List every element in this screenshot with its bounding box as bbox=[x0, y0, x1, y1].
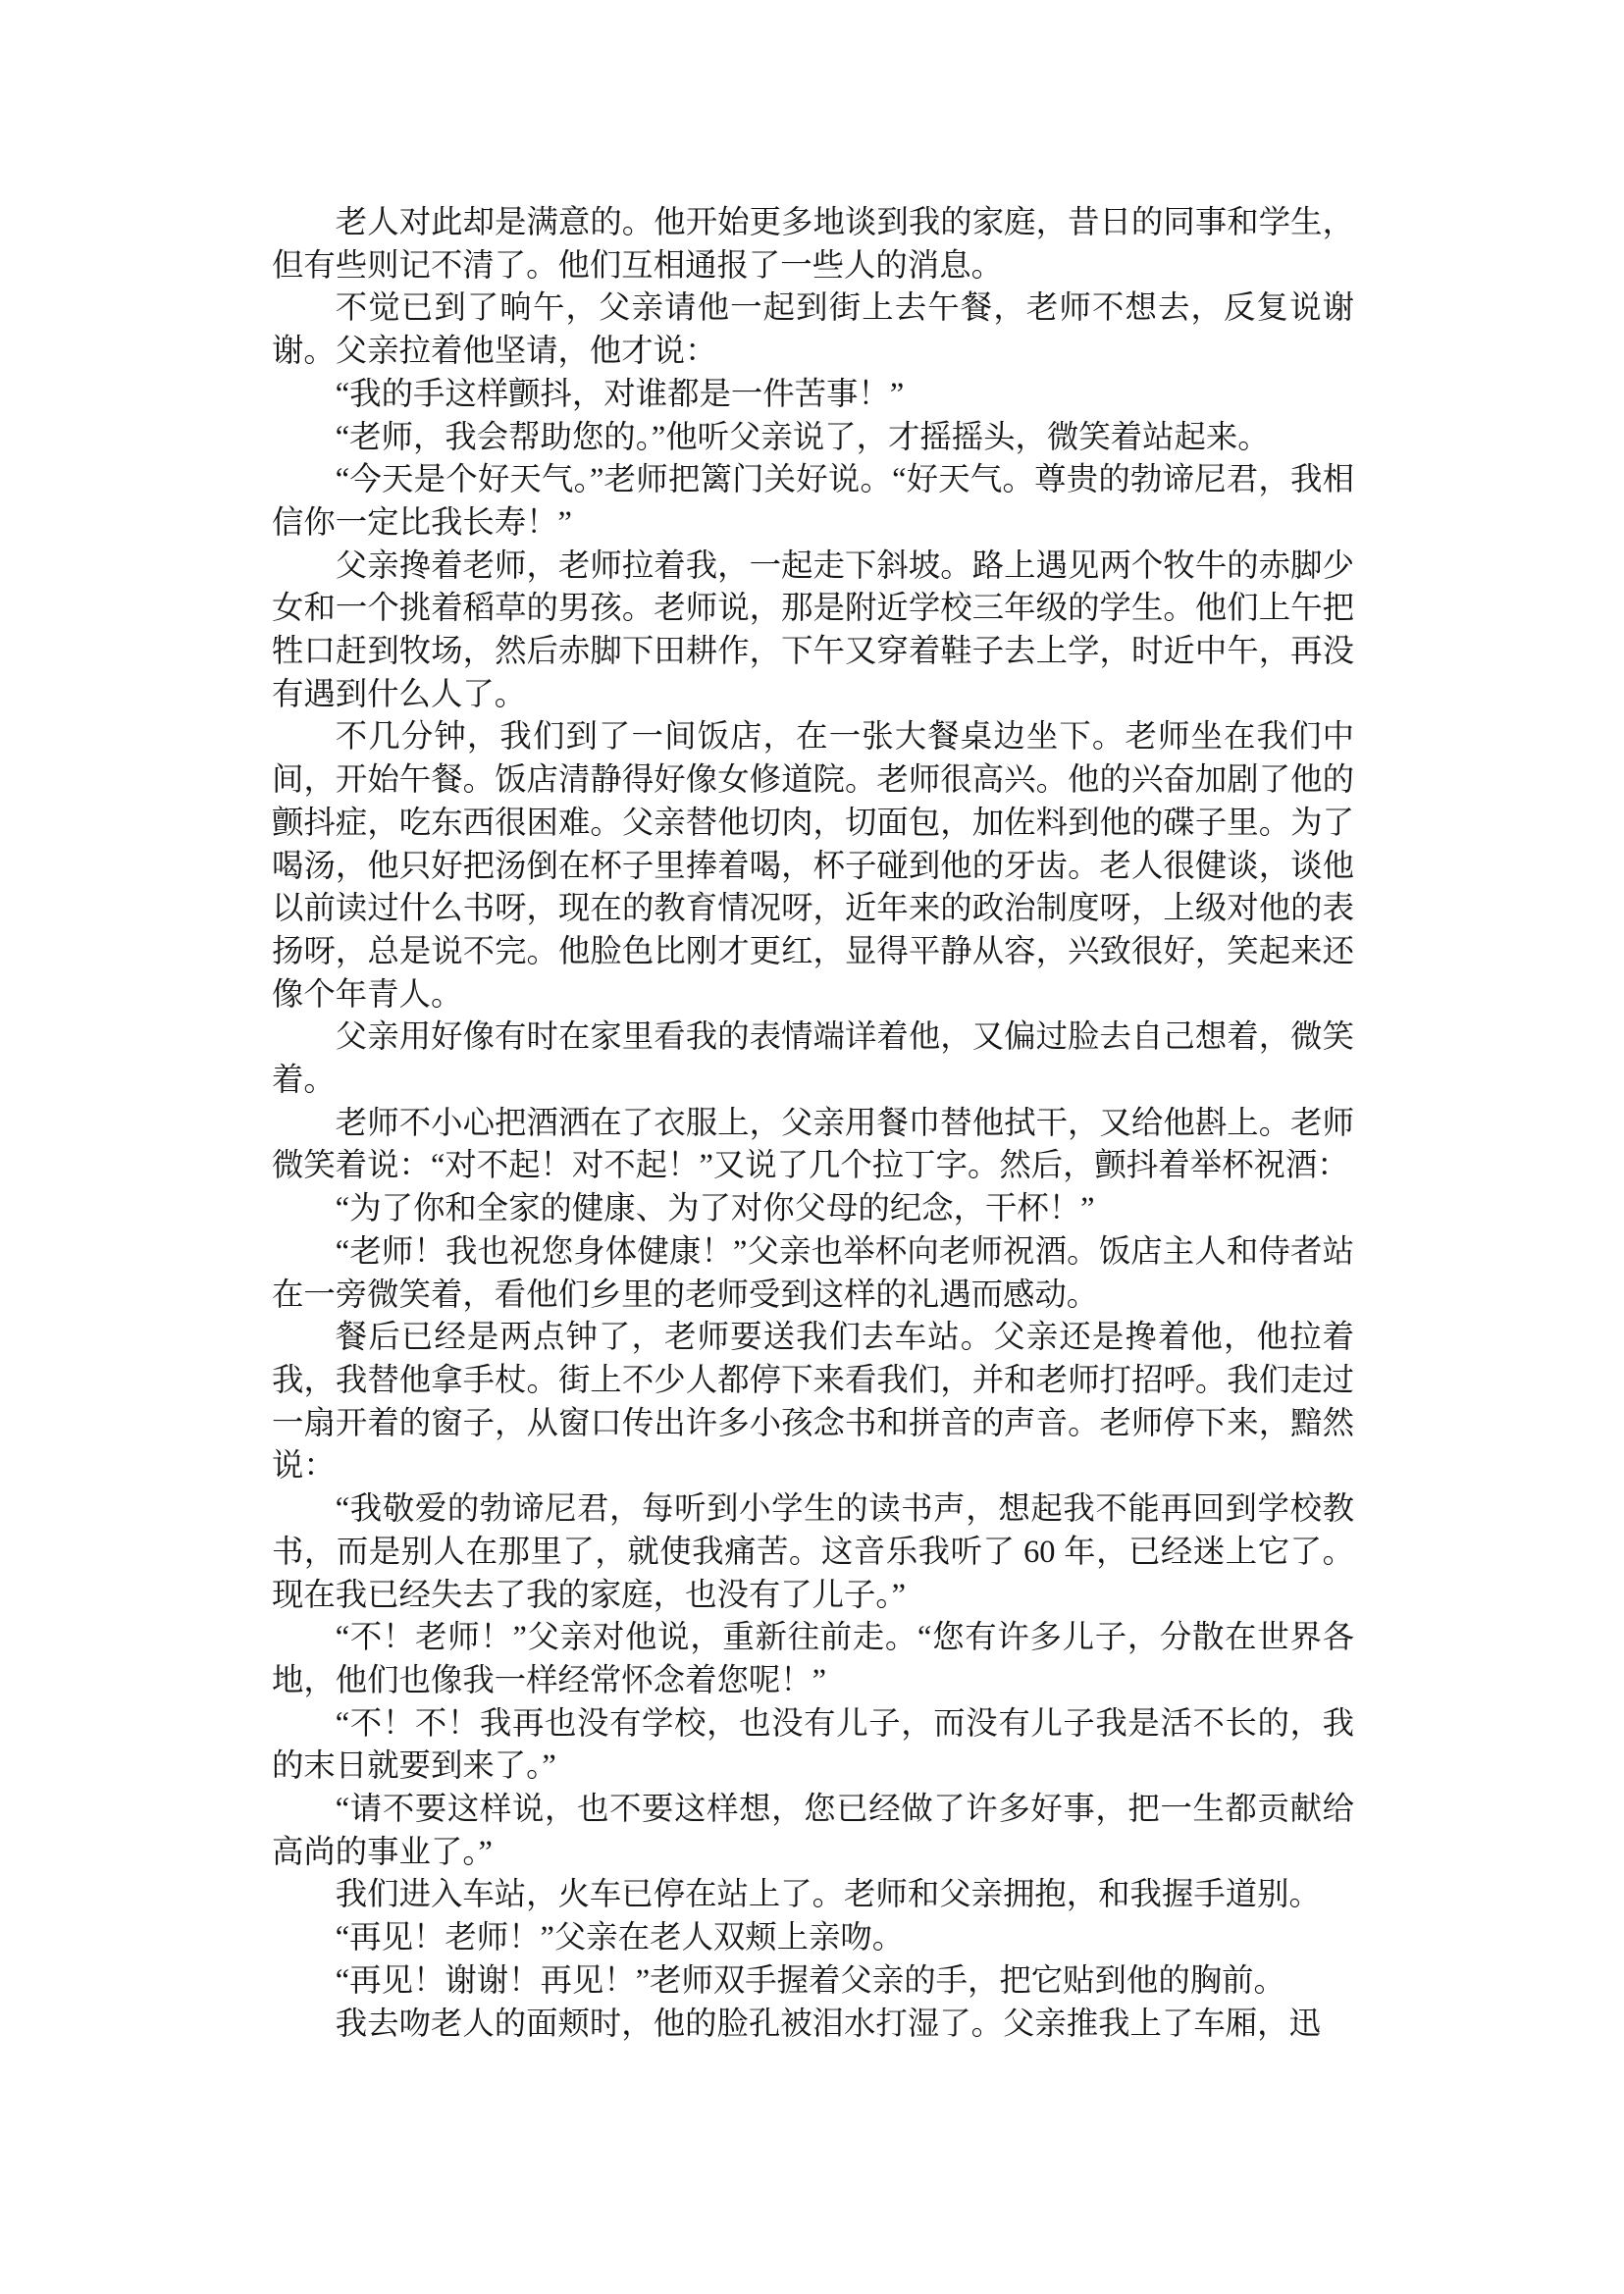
paragraph: 父亲搀着老师，老师拉着我，一起走下斜坡。路上遇见两个牧牛的赤脚少女和一个挑着稻草… bbox=[272, 546, 1354, 717]
paragraph: “老师！我也祝您身体健康！”父亲也举杯向老师祝酒。饭店主人和侍者站在一旁微笑着，… bbox=[272, 1231, 1354, 1317]
paragraph: 餐后已经是两点钟了，老师要送我们去车站。父亲还是搀着他，他拉着我，我替他拿手杖。… bbox=[272, 1317, 1354, 1488]
paragraph: 老人对此却是满意的。他开始更多地谈到我的家庭，昔日的同事和学生，但有些则记不清了… bbox=[272, 202, 1354, 287]
paragraph: “请不要这样说，也不要这样想，您已经做了许多好事，把一生都贡献给高尚的事业了。” bbox=[272, 1789, 1354, 1874]
paragraph: 父亲用好像有时在家里看我的表情端详着他，又偏过脸去自己想着，微笑着。 bbox=[272, 1017, 1354, 1102]
paragraph: “为了你和全家的健康、为了对你父母的纪念，干杯！” bbox=[272, 1188, 1354, 1231]
paragraph: 老师不小心把酒洒在了衣服上，父亲用餐巾替他拭干，又给他斟上。老师微笑着说：“对不… bbox=[272, 1103, 1354, 1188]
paragraph: “再见！谢谢！再见！”老师双手握着父亲的手，把它贴到他的胸前。 bbox=[272, 1960, 1354, 2004]
document-page: 老人对此却是满意的。他开始更多地谈到我的家庭，昔日的同事和学生，但有些则记不清了… bbox=[0, 0, 1624, 2294]
paragraph: “老师，我会帮助您的。”他听父亲说了，才摇摇头，微笑着站起来。 bbox=[272, 417, 1354, 460]
paragraph: “再见！老师！”父亲在老人双颊上亲吻。 bbox=[272, 1917, 1354, 1960]
paragraph: “不！老师！”父亲对他说，重新往前走。“您有许多儿子，分散在世界各地，他们也像我… bbox=[272, 1617, 1354, 1702]
paragraph: “我敬爱的勃谛尼君，每听到小学生的读书声，想起我不能再回到学校教书，而是别人在那… bbox=[272, 1488, 1354, 1617]
paragraph: 我们进入车站，火车已停在站上了。老师和父亲拥抱，和我握手道别。 bbox=[272, 1874, 1354, 1917]
paragraph: “今天是个好天气。”老师把篱门关好说。“好天气。尊贵的勃谛尼君，我相信你一定比我… bbox=[272, 459, 1354, 545]
paragraph: 不几分钟，我们到了一间饭店，在一张大餐桌边坐下。老师坐在我们中间，开始午餐。饭店… bbox=[272, 716, 1354, 1017]
paragraph: 我去吻老人的面颊时，他的脸孔被泪水打湿了。父亲推我上了车厢，迅 bbox=[272, 2004, 1354, 2047]
paragraph: 不觉已到了晌午，父亲请他一起到街上去午餐，老师不想去，反复说谢谢。父亲拉着他坚请… bbox=[272, 287, 1354, 373]
paragraph: “我的手这样颤抖，对谁都是一件苦事！” bbox=[272, 374, 1354, 417]
paragraph: “不！不！我再也没有学校，也没有儿子，而没有儿子我是活不长的，我的末日就要到来了… bbox=[272, 1703, 1354, 1789]
text-block: 老人对此却是满意的。他开始更多地谈到我的家庭，昔日的同事和学生，但有些则记不清了… bbox=[272, 202, 1354, 2046]
